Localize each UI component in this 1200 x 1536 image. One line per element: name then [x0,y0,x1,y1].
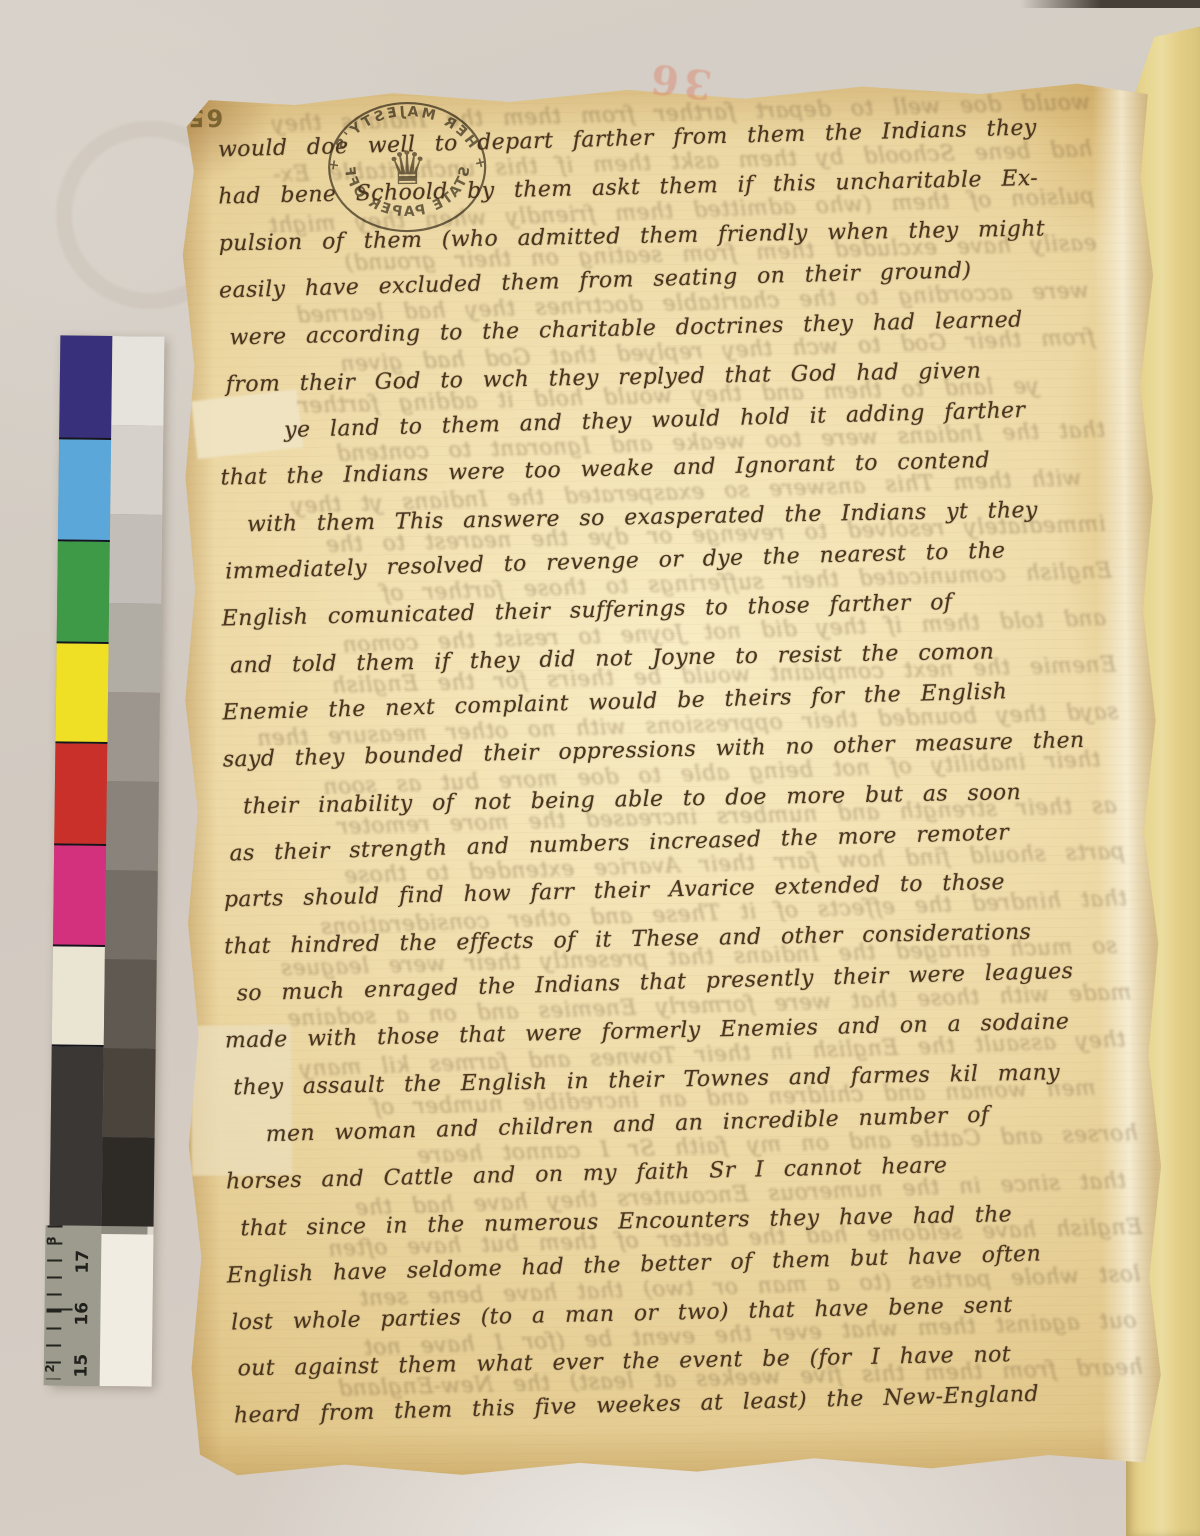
manuscript-line: English comunicated their sufferings to … [221,592,952,631]
color-patch [54,743,107,846]
color-patch [53,845,106,947]
photo-table-edge [1020,0,1200,8]
gray-step [104,959,157,1049]
manuscript-lines: would doe well to depart farther from th… [178,80,1167,1480]
manuscript-line: out against them what ever the event be … [237,1345,1011,1381]
manuscript-line: immediately resolved to revenge or dye t… [225,540,1006,583]
manuscript-line: with them This answere so exasperated th… [247,500,1038,536]
color-patch [59,335,112,440]
color-calibration-strip: 3 2 17 16 15 [48,335,165,1386]
ruler-number: 3 [44,1236,58,1245]
manuscript-line: Enemie the next complaint would be their… [222,681,1007,724]
manuscript-line: their inability of not being able to doe… [243,782,1021,818]
color-patch [58,439,111,542]
manuscript-line: would doe well to depart farther from th… [218,117,1037,161]
gray-step [102,1137,155,1227]
manuscript-line: from their God to wch they replyed that … [226,360,982,396]
ruler-number: 15 [72,1354,92,1378]
color-patch [52,946,105,1047]
gray-step [103,1048,156,1138]
gray-step [105,870,158,960]
gray-steps [102,336,165,1227]
color-patch [57,541,110,644]
strip-white-block [100,1234,154,1387]
gray-step [111,336,164,426]
color-patch [50,1046,104,1226]
manuscript-line: sayd they bounded their oppressions with… [223,730,1085,772]
manuscript-line: English have seldome had the better of t… [227,1243,1042,1287]
manuscript-line: heard from them this five weekes at leas… [234,1384,1040,1428]
manuscript-line: they assault the English in their Townes… [233,1062,1060,1099]
gray-step [107,692,160,782]
gray-step [110,425,163,515]
ruler: 3 2 17 16 15 [44,1225,102,1386]
manuscript-line: parts should find how farr their Avarice… [224,872,1005,912]
manuscript-line: made with those that were formerly Enemi… [225,1011,1070,1052]
gray-step [108,603,161,693]
manuscript-line: horses and Cattle and on my faith Sr I c… [226,1155,948,1193]
ruler-number: 2 [43,1364,57,1373]
manuscript-line: and told them if they did not Joyne to r… [230,641,994,677]
manuscript-line: that since in the numerous Encounters th… [240,1204,1012,1240]
manuscript-line: that the Indians were too weake and Igno… [220,450,990,489]
gray-step [109,514,162,604]
manuscript-line: were according to the charitable doctrin… [229,309,1023,349]
manuscript-line: that hindred the effects of it These and… [224,922,1031,959]
ruler-number: 16 [72,1302,92,1326]
gray-step [106,781,159,871]
manuscript-line: lost whole parties (to a man or two) tha… [231,1294,1013,1334]
manuscript-line: pulsion of them (who admitted them frien… [219,218,1046,255]
manuscript-page: would doe well to depart farther from th… [178,80,1167,1480]
manuscript-line: had bene Schoold by them askt them if th… [218,168,1038,209]
color-patch [55,643,108,744]
ruler-number: 17 [73,1250,93,1274]
manuscript-line: so much enraged the Indians that present… [236,961,1073,1006]
photographed-manuscript: would doe well to depart farther from th… [0,0,1200,1536]
manuscript-line: easily have excluded them from seating o… [219,260,972,302]
folio-number: 65 [186,104,224,132]
manuscript-line: as their strength and numbers increased … [229,822,1009,865]
manuscript-line: men woman and children and an incredible… [265,1105,989,1147]
manuscript-line: ye land to them and they would hold it a… [284,400,1026,442]
